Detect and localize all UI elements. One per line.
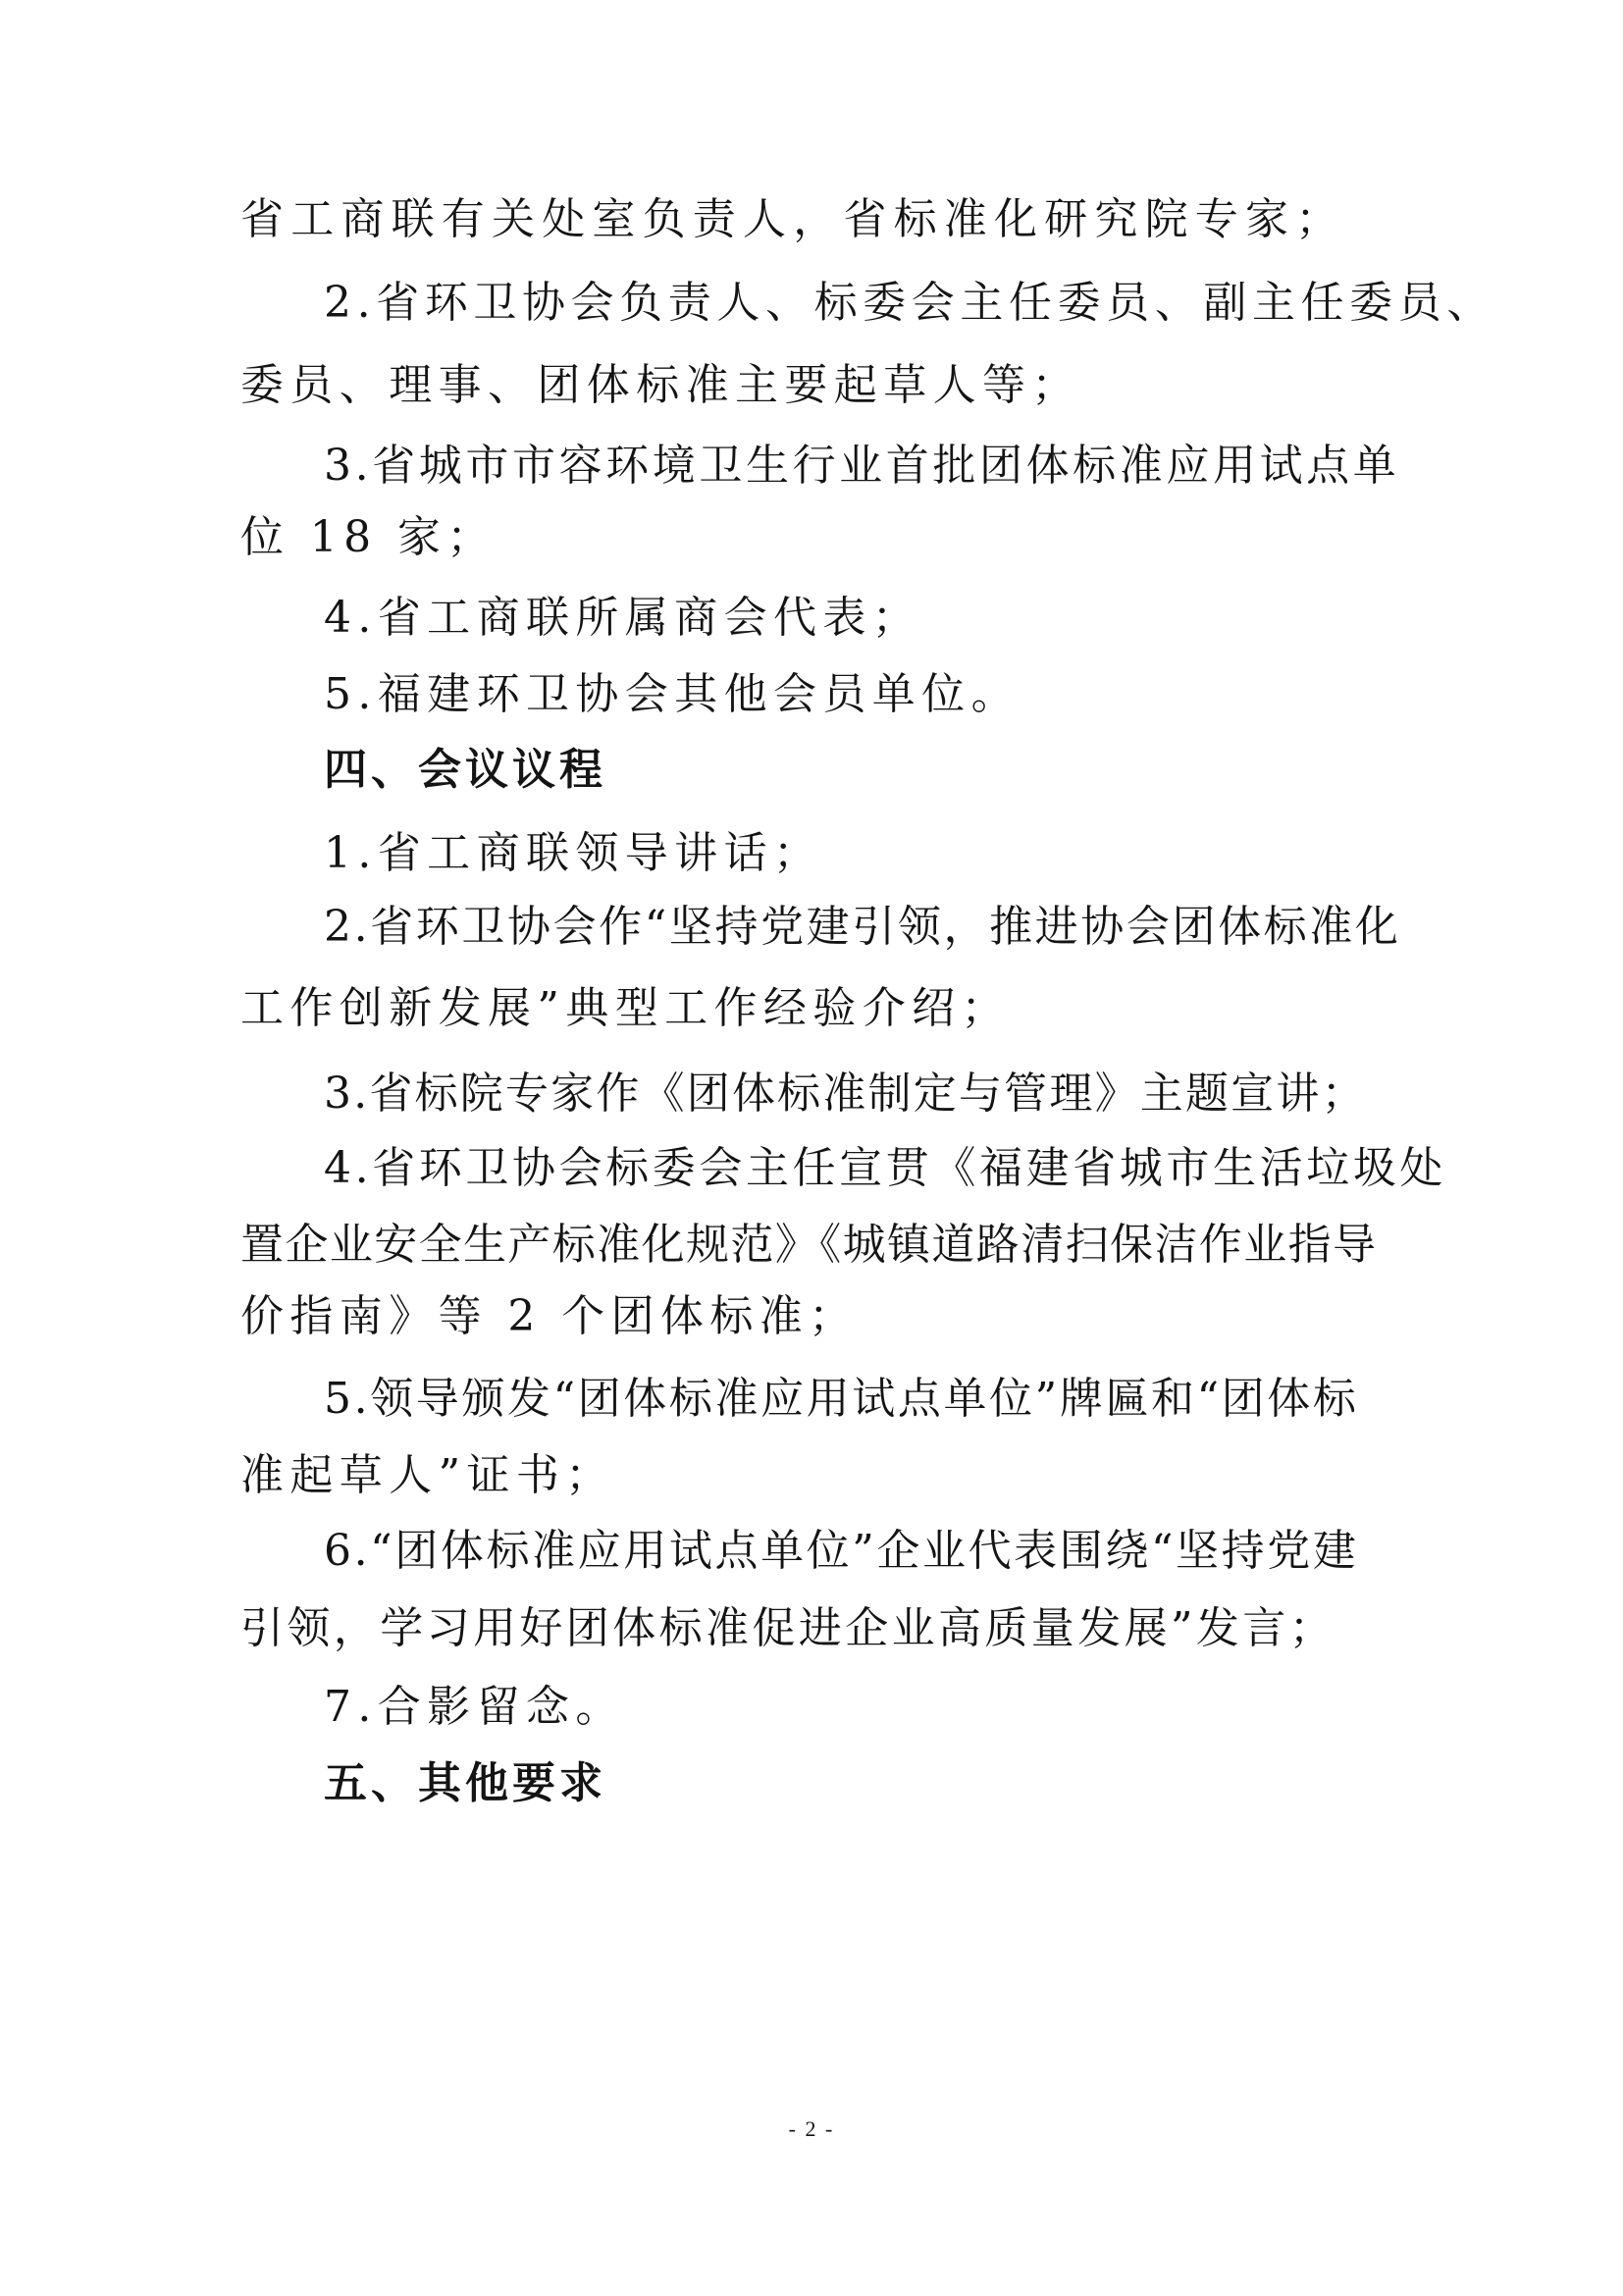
text-line: 价指南》等 2 个团体标准；: [240, 1289, 859, 1344]
page-number: - 2 -: [0, 2116, 1623, 2142]
section-heading: 五、其他要求: [324, 1756, 606, 1811]
section-heading: 四、会议议程: [324, 743, 606, 798]
list-item: 2.省环卫协会负责人、标委会主任委员、副主任委员、: [324, 276, 1495, 331]
list-item: 1.省工商联领导讲话；: [324, 826, 822, 881]
text-line: 位 18 家；: [240, 510, 497, 565]
list-item: 7.合影留念。: [324, 1680, 625, 1735]
list-item: 5.领导颁发“团体标准应用试点单位”牌匾和“团体标: [324, 1372, 1358, 1427]
text-line: 引领，学习用好团体标准促进企业高质量发展”发言；: [240, 1601, 1335, 1656]
text-line: 委员、理事、团体标准主要起草人等；: [240, 358, 1081, 413]
list-item: 4.省工商联所属商会代表；: [324, 591, 921, 646]
text-line: 省工商联有关处室负责人，省标准化研究院专家；: [240, 192, 1345, 247]
list-item: 6.“团体标准应用试点单位”企业代表围绕“坚持党建: [324, 1524, 1358, 1579]
list-item: 2.省环卫协会作“坚持党建引领，推进协会团体标准化: [324, 900, 1400, 955]
text-line: 工作创新发展”典型工作经验介绍；: [240, 981, 1011, 1036]
list-item: 4.省环卫协会标委会主任宣贯《福建省城市生活垃圾处: [324, 1141, 1446, 1196]
document-page: 省工商联有关处室负责人，省标准化研究院专家； 2.省环卫协会负责人、标委会主任委…: [0, 0, 1623, 2296]
list-item: 5.福建环卫协会其他会员单位。: [324, 667, 1021, 722]
list-item: 3.省标院专家作《团体标准制定与管理》主题宣讲；: [324, 1067, 1367, 1122]
list-item: 3.省城市市容环境卫生行业首批团体标准应用试点单: [324, 439, 1399, 494]
text-line: 置企业安全生产标准化规范》《城镇道路清扫保洁作业指导: [240, 1218, 1377, 1273]
text-line: 准起草人”证书；: [240, 1448, 615, 1503]
